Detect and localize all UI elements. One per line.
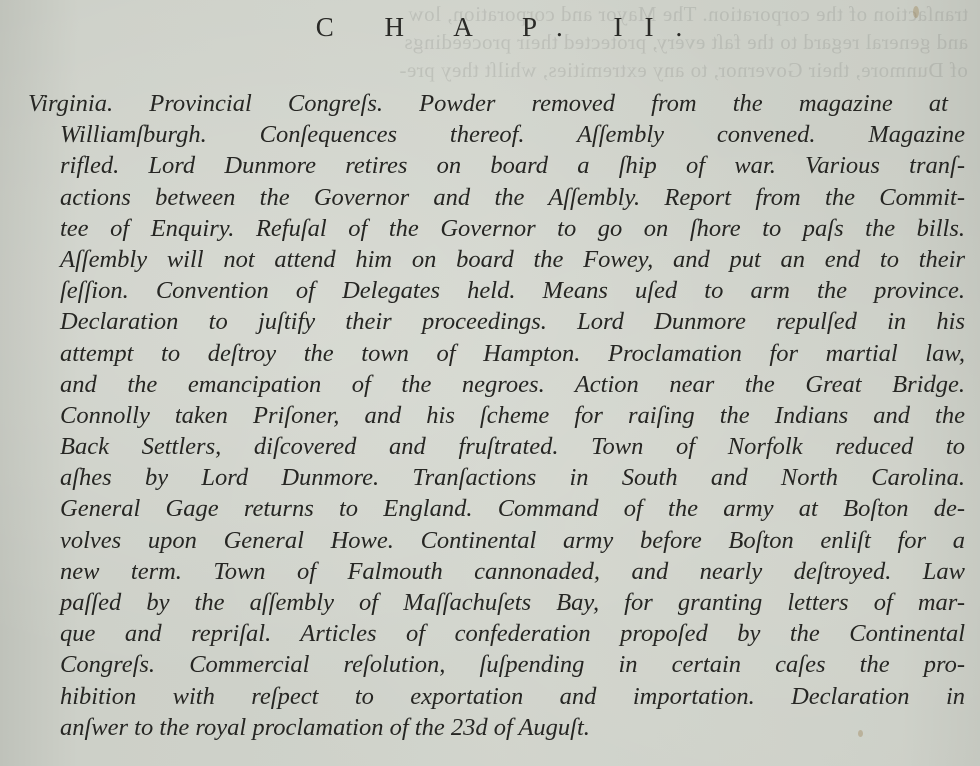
- summary-line: Congreſs. Commercial reſolution, ſuſpend…: [28, 649, 965, 680]
- summary-line: paſſed by the aſſembly of Maſſachuſets B…: [28, 587, 965, 618]
- summary-line: Williamſburgh. Conſequences thereof. Aſſ…: [28, 119, 965, 150]
- summary-line: General Gage returns to England. Command…: [28, 493, 965, 524]
- summary-line: Virginia. Provincial Congreſs. Powder re…: [28, 88, 948, 119]
- summary-line: tee of Enquiry. Refuſal of the Governor …: [28, 213, 965, 244]
- summary-line: Declaration to juſtify their proceedings…: [28, 306, 965, 337]
- paper-stain: [913, 6, 919, 18]
- book-page: C H A P. II. Virginia. Provincial Congre…: [0, 0, 980, 766]
- summary-line: anſwer to the royal proclamation of the …: [28, 712, 965, 743]
- chapter-summary: Virginia. Provincial Congreſs. Powder re…: [28, 88, 948, 743]
- paper-stain: [858, 730, 863, 737]
- summary-line: aſhes by Lord Dunmore. Tranſactions in S…: [28, 462, 965, 493]
- summary-line: hibition with reſpect to exportation and…: [28, 681, 965, 712]
- summary-line: Aſſembly will not attend him on board th…: [28, 244, 965, 275]
- summary-line: attempt to deſtroy the town of Hampton. …: [28, 338, 965, 369]
- summary-line: Back Settlers, diſcovered and fruſtrated…: [28, 431, 965, 462]
- summary-line: actions between the Governor and the Aſſ…: [28, 182, 965, 213]
- summary-line: and the emancipation of the negroes. Act…: [28, 369, 965, 400]
- summary-line: ſeſſion. Convention of Delegates held. M…: [28, 275, 965, 306]
- summary-line: Connolly taken Priſoner, and his ſcheme …: [28, 400, 965, 431]
- summary-line: que and repriſal. Articles of confederat…: [28, 618, 965, 649]
- chapter-heading: C H A P. II.: [0, 12, 980, 43]
- summary-line: volves upon General Howe. Continental ar…: [28, 525, 965, 556]
- summary-line: rifled. Lord Dunmore retires on board a …: [28, 150, 965, 181]
- summary-line: new term. Town of Falmouth cannonaded, a…: [28, 556, 965, 587]
